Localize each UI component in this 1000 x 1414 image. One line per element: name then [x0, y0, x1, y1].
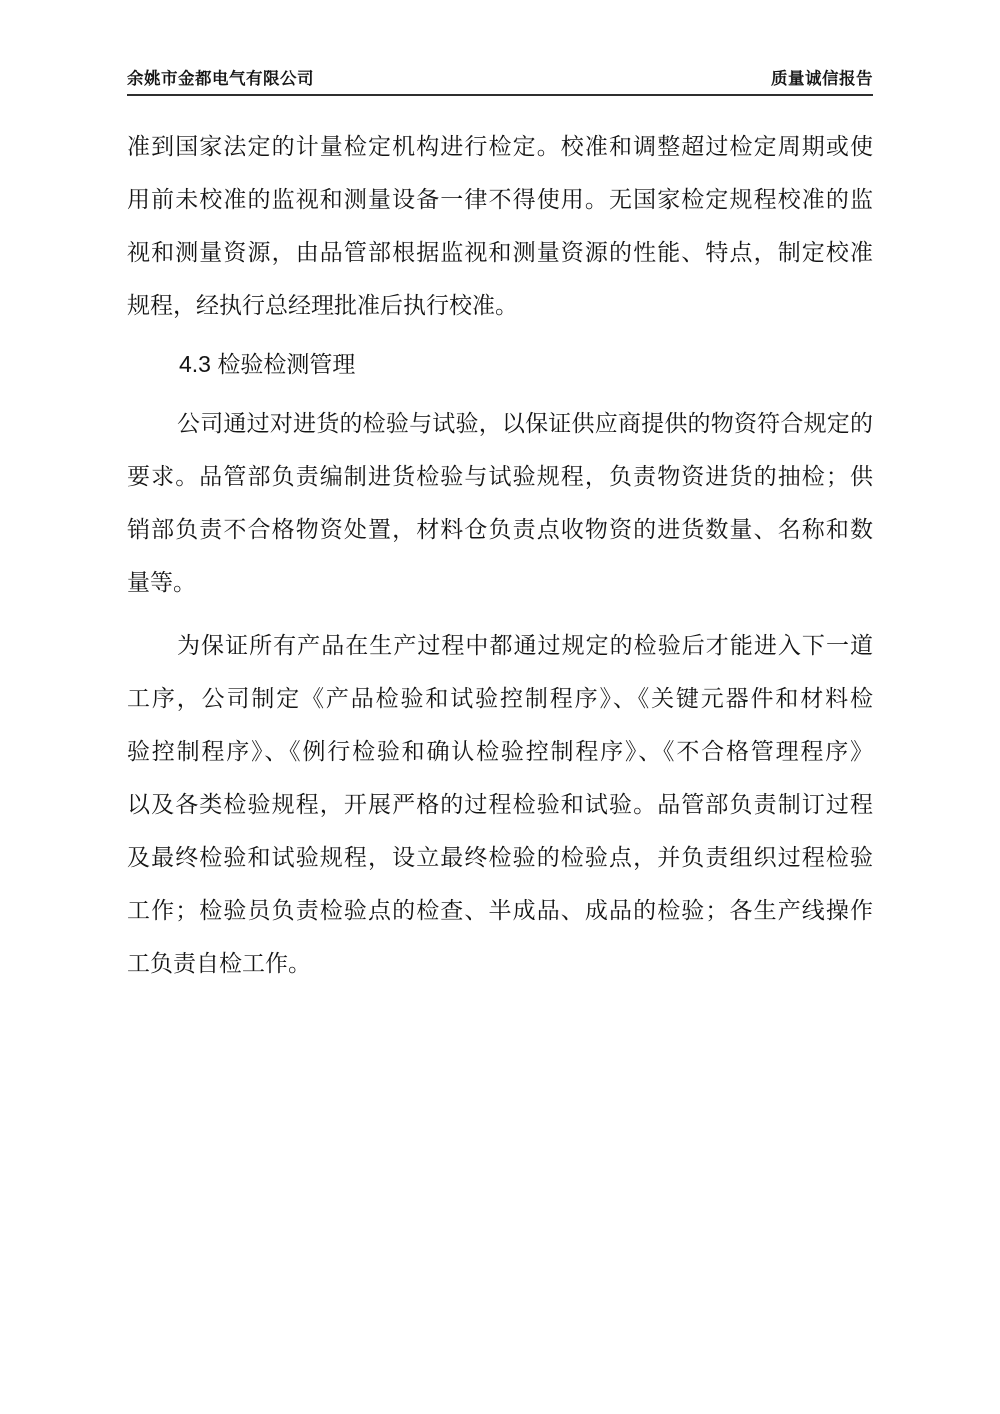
text-line: 工序，公司制定《产品检验和试验控制程序》、《关键元器件和材料检	[127, 672, 873, 725]
header-report-title: 质量诚信报告	[771, 68, 873, 90]
text-line: 要求。品管部负责编制进货检验与试验规程，负责物资进货的抽检；供	[127, 450, 873, 503]
text-line: 量等。	[127, 556, 873, 609]
text-line: 用前未校准的监视和测量设备一律不得使用。无国家检定规程校准的监	[127, 173, 873, 226]
text-line: 及最终检验和试验规程，设立最终检验的检验点，并负责组织过程检验	[127, 831, 873, 884]
document-page: 余姚市金都电气有限公司 质量诚信报告 准到国家法定的计量检定机构进行检定。校准和…	[0, 0, 1000, 1414]
document-body: 准到国家法定的计量检定机构进行检定。校准和调整超过检定周期或使 用前未校准的监视…	[127, 120, 873, 990]
text-line: 准到国家法定的计量检定机构进行检定。校准和调整超过检定周期或使	[127, 120, 873, 173]
section-heading-inspection-management: 4.3 检验检测管理	[127, 338, 873, 391]
paragraph-incoming-inspection: 公司通过对进货的检验与试验，以保证供应商提供的物资符合规定的 要求。品管部负责编…	[127, 397, 873, 609]
page-header: 余姚市金都电气有限公司 质量诚信报告	[127, 68, 873, 90]
paragraph-calibration: 准到国家法定的计量检定机构进行检定。校准和调整超过检定周期或使 用前未校准的监视…	[127, 120, 873, 332]
text-line: 为保证所有产品在生产过程中都通过规定的检验后才能进入下一道	[127, 619, 873, 672]
text-line: 销部负责不合格物资处置，材料仓负责点收物资的进货数量、名称和数	[127, 503, 873, 556]
text-line: 以及各类检验规程，开展严格的过程检验和试验。品管部负责制订过程	[127, 778, 873, 831]
text-line: 工作；检验员负责检验点的检查、半成品、成品的检验；各生产线操作	[127, 884, 873, 937]
text-line: 视和测量资源，由品管部根据监视和测量资源的性能、特点，制定校准	[127, 226, 873, 279]
text-line: 规程，经执行总经理批准后执行校准。	[127, 279, 873, 332]
header-company-name: 余姚市金都电气有限公司	[127, 68, 314, 90]
header-divider	[127, 94, 873, 96]
text-line: 公司通过对进货的检验与试验，以保证供应商提供的物资符合规定的	[127, 397, 873, 450]
paragraph-process-inspection: 为保证所有产品在生产过程中都通过规定的检验后才能进入下一道 工序，公司制定《产品…	[127, 619, 873, 990]
text-line: 工负责自检工作。	[127, 937, 873, 990]
text-line: 验控制程序》、《例行检验和确认检验控制程序》、《不合格管理程序》	[127, 725, 873, 778]
